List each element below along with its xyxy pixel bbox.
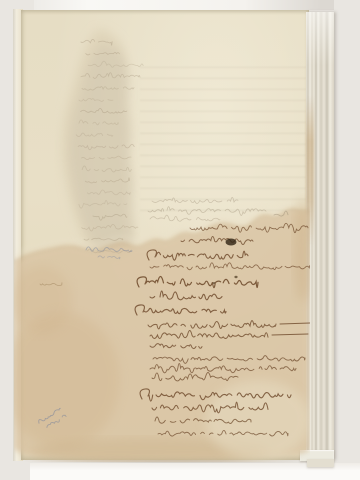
faint-script-line [152,197,238,203]
ink-blot [213,282,215,284]
manuscript-markings-overlay [0,0,360,480]
stain-mottle [4,312,120,448]
stain-mottle [293,198,313,302]
water-stains [4,30,313,466]
faint-script-line [150,215,220,221]
stain-mottle [12,266,72,334]
faint-script-line [148,207,266,216]
archive-scan-viewer [0,0,360,480]
ink-blot [226,239,237,246]
ink-blot [234,276,237,278]
